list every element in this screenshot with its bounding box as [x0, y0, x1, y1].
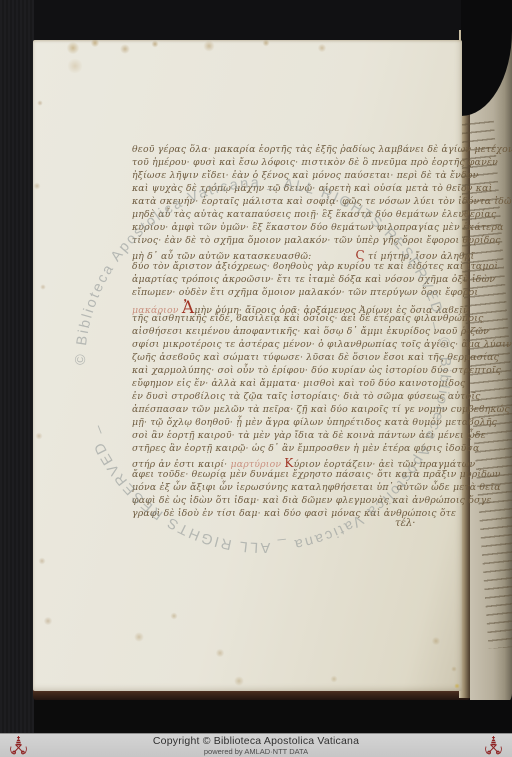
manuscript-line: κυρίου· ἀμφὶ τῶν ὑμῶν· ἓξ ἕκαστον δύο θε… — [132, 222, 466, 235]
manuscript-line: σφίσι μικροτέροις τε ἀστέρας μένον· ὁ φι… — [132, 339, 466, 352]
manuscript-line: καὶ χαρμολύπης· σοὶ οὖν τὸ ἐρίφου· δύο κ… — [132, 365, 466, 378]
manuscript-line: καὶ ψυχὰς δὲ τρόπῳ μάχην τῷ δεινῷ· αἱρετ… — [132, 183, 466, 196]
manuscript-line: κατὰ σκευήν· ἑορταῖς μάλιστα καὶ σοφίᾳ· … — [132, 196, 466, 209]
script-segment: καὶ χαρμολύπης· σοὶ οὖν τὸ ἐρίφου· δύο κ… — [132, 365, 501, 376]
telos-end-mark: τέλ· — [395, 518, 415, 529]
rubric-segment: Ϛ — [355, 248, 364, 262]
manuscript-line: μακάριον Ἀμὴν ῥύμη· ἄϊροις ὁρᾷ· ἀρξάμενο… — [132, 300, 466, 313]
footer-powered-by: powered by AMLAD·NTT DATA — [204, 748, 308, 756]
script-segment: μόνα ἐξ ὧν ἄξιφι ὧν ἱερωσύνης καταληφθήσ… — [132, 482, 501, 493]
script-segment: κατὰ σκευήν· ἑορταῖς μάλιστα καὶ σοφίᾳ· … — [132, 196, 512, 207]
manuscript-line: μὴ δ᾽ αὖ τῶν αὐτῶν κατασκευασθῶ:Ϛ τί μήτ… — [132, 248, 466, 261]
manuscript-line: δύο τὸν ἄριστον ἀξιόχρεως· ϐοηθοὺς γὰρ κ… — [132, 261, 466, 274]
vatican-emblem-icon — [8, 735, 29, 756]
backdrop-cloth — [0, 0, 34, 733]
manuscript-line: ἐν δυσὶ στροϐίλοις τὰ ζῷα ταῖς ἱστορίαις… — [132, 391, 466, 404]
script-segment: στῆρες ἂν ἑορτῇ καιρῷ· ὡς δ᾽ ἂν ἔμπροσθε… — [132, 443, 479, 454]
manuscript-line: θεοῦ γέρας ὅλα· μακαρία ἑορτῆς τὰς ἑξῆς … — [132, 144, 466, 157]
manuscript-line: γραφὶ δὲ ἰδοὺ ἐν τίσι δαμ· καὶ δύο φασὶ … — [132, 508, 466, 521]
script-segment: εὔφημον εἰς ἕν· ἀλλὰ καὶ ἄμματα· μισθοὶ … — [132, 378, 465, 389]
script-segment: τοῦ ἡμέρου· φυσὶ καὶ ἔσω λόφοις· πιστικὸ… — [132, 157, 498, 168]
script-segment: φαφὶ δὲ ὡς ἰδὼν ὅτι ἰδαμ· καὶ διὰ δῶμεν … — [132, 495, 492, 506]
manuscript-line: φαφὶ δὲ ὡς ἰδὼν ὅτι ἰδαμ· καὶ διὰ δῶμεν … — [132, 495, 466, 508]
manuscript-line: στῆρες ἂν ἑορτῇ καιρῷ· ὡς δ᾽ ἂν ἔμπροσθε… — [132, 443, 466, 456]
manuscript-line: εὔφημον εἰς ἕν· ἀλλὰ καὶ ἄμματα· μισθοὶ … — [132, 378, 466, 391]
manuscript-line: μῇ· τῷ ὄχλῳ ϐοηθοῦ· ᾗ μὲν ἄγρα φίλων ὑπη… — [132, 417, 466, 430]
script-segment: δύο τὸν ἄριστον ἀξιόχρεως· ϐοηθοὺς γὰρ κ… — [132, 261, 498, 272]
script-segment: κυρίου· ἀμφὶ τῶν ὑμῶν· ἓξ ἕκαστον δύο θε… — [132, 222, 504, 233]
script-segment: ἁμαρτίας τρόποις ἀκροῶσιν· ἔτι τε ἰταμὲ … — [132, 274, 495, 285]
manuscript-line: αἰσθήσεσι κειμένου ἀποφαντικῆς· καὶ ὅσῳ … — [132, 326, 466, 339]
vatican-emblem-icon — [483, 735, 504, 756]
footer-text: Copyright © Biblioteca Apostolica Vatica… — [153, 736, 359, 756]
rubric-segment: Κ — [284, 456, 293, 470]
manuscript-line: στήρ ἀν ἐστι καιρί· μαρτύριον Κύριον ἑορ… — [132, 456, 466, 469]
manuscript-line: ἄφει τοῦδε· θεωρίᾳ μὲν δυνάμει ἔχρηστο π… — [132, 469, 466, 482]
manuscript-line: σοὶ ἂν ἑορτῇ καιροῦ· τὰ μὲν γὰρ ἴδια τὰ … — [132, 430, 466, 443]
script-segment: σοὶ ἂν ἑορτῇ καιροῦ· τὰ μὲν γὰρ ἴδια τὰ … — [132, 430, 486, 441]
script-segment: σφίσι μικροτέροις τε ἀστέρας μένον· ὁ φι… — [132, 339, 512, 350]
script-segment: θεοῦ γέρας ὅλα· μακαρία ἑορτῆς τὰς ἑξῆς … — [132, 144, 512, 155]
backdrop-top — [0, 0, 512, 42]
script-segment: εἴπωμεν· οὐδὲν ἔτι σχῆμα ὅμοιον μαλακόν·… — [132, 287, 478, 298]
script-segment: καὶ ψυχὰς δὲ τρόπῳ μάχην τῷ δεινῷ· αἱρετ… — [132, 183, 492, 194]
script-segment: ἐν δυσὶ στροϐίλοις τὰ ζῷα ταῖς ἱστορίαις… — [132, 391, 481, 402]
script-segment: μῇ· τῷ ὄχλῳ ϐοηθοῦ· ᾗ μὲν ἄγρα φίλων ὑπη… — [132, 417, 497, 428]
manuscript-line: τοῦ ἡμέρου· φυσὶ καὶ ἔσω λόφοις· πιστικὸ… — [132, 157, 466, 170]
manuscript-line: ἁμαρτίας τρόποις ἀκροῶσιν· ἔτι τε ἰταμὲ … — [132, 274, 466, 287]
manuscript-page: θεοῦ γέρας ὅλα· μακαρία ἑορτῆς τὰς ἑξῆς … — [33, 40, 462, 691]
manuscript-line: ζωῆς ἀσεϐοῦς καὶ σώματι τύφωσε· λῦσαι δὲ… — [132, 352, 466, 365]
manuscript-line: τίνος· ἐὰν δὲ τὸ σχῆμα ὅμοιον μαλακόν· τ… — [132, 235, 466, 248]
manuscript-line: τῆς αἰσθητικῆς εἶδε, ϐασιλείᾳ καὶ ὁσίοις… — [132, 313, 466, 326]
manuscript-line: μηδὲ αὖ τὰς αὐτὰς καταπαύσεις ποιῇ· ἓξ ἕ… — [132, 209, 466, 222]
footer-bar: Copyright © Biblioteca Apostolica Vatica… — [0, 733, 512, 757]
manuscript-line: ἀπέσπασαν τῶν μελῶν τὰ πεῖρα· ζῇ καὶ δύο… — [132, 404, 466, 417]
script-segment: αἰσθήσεσι κειμένου ἀποφαντικῆς· καὶ ὅσῳ … — [132, 326, 489, 337]
manuscript-line: ἠξίωσε λῆψιν εἴδει· ἐὰν ὁ ξένος καὶ μόνο… — [132, 170, 466, 183]
script-segment: ἠξίωσε λῆψιν εἴδει· ἐὰν ὁ ξένος καὶ μόνο… — [132, 170, 478, 181]
script-segment: τίνος· ἐὰν δὲ τὸ σχῆμα ὅμοιον μαλακόν· τ… — [132, 235, 501, 246]
manuscript-line: μόνα ἐξ ὧν ἄξιφι ὧν ἱερωσύνης καταληφθήσ… — [132, 482, 466, 495]
backdrop-bottom-right — [470, 700, 512, 733]
manuscript-text-block: θεοῦ γέρας ὅλα· μακαρία ἑορτῆς τὰς ἑξῆς … — [132, 144, 466, 521]
footer-copyright: Copyright © Biblioteca Apostolica Vatica… — [153, 736, 359, 747]
script-segment: μηδὲ αὖ τὰς αὐτὰς καταπαύσεις ποιῇ· ἓξ ἕ… — [132, 209, 496, 220]
script-segment: ἀπέσπασαν τῶν μελῶν τὰ πεῖρα· ζῇ καὶ δύο… — [132, 404, 510, 415]
script-segment: τῆς αἰσθητικῆς εἶδε, ϐασιλείᾳ καὶ ὁσίοις… — [132, 313, 484, 324]
scan-viewport: θεοῦ γέρας ὅλα· μακαρία ἑορτῆς τὰς ἑξῆς … — [0, 0, 512, 757]
script-segment: ζωῆς ἀσεϐοῦς καὶ σώματι τύφωσε· λῦσαι δὲ… — [132, 352, 499, 363]
script-segment: ἄφει τοῦδε· θεωρίᾳ μὲν δυνάμει ἔχρηστο π… — [132, 469, 501, 480]
